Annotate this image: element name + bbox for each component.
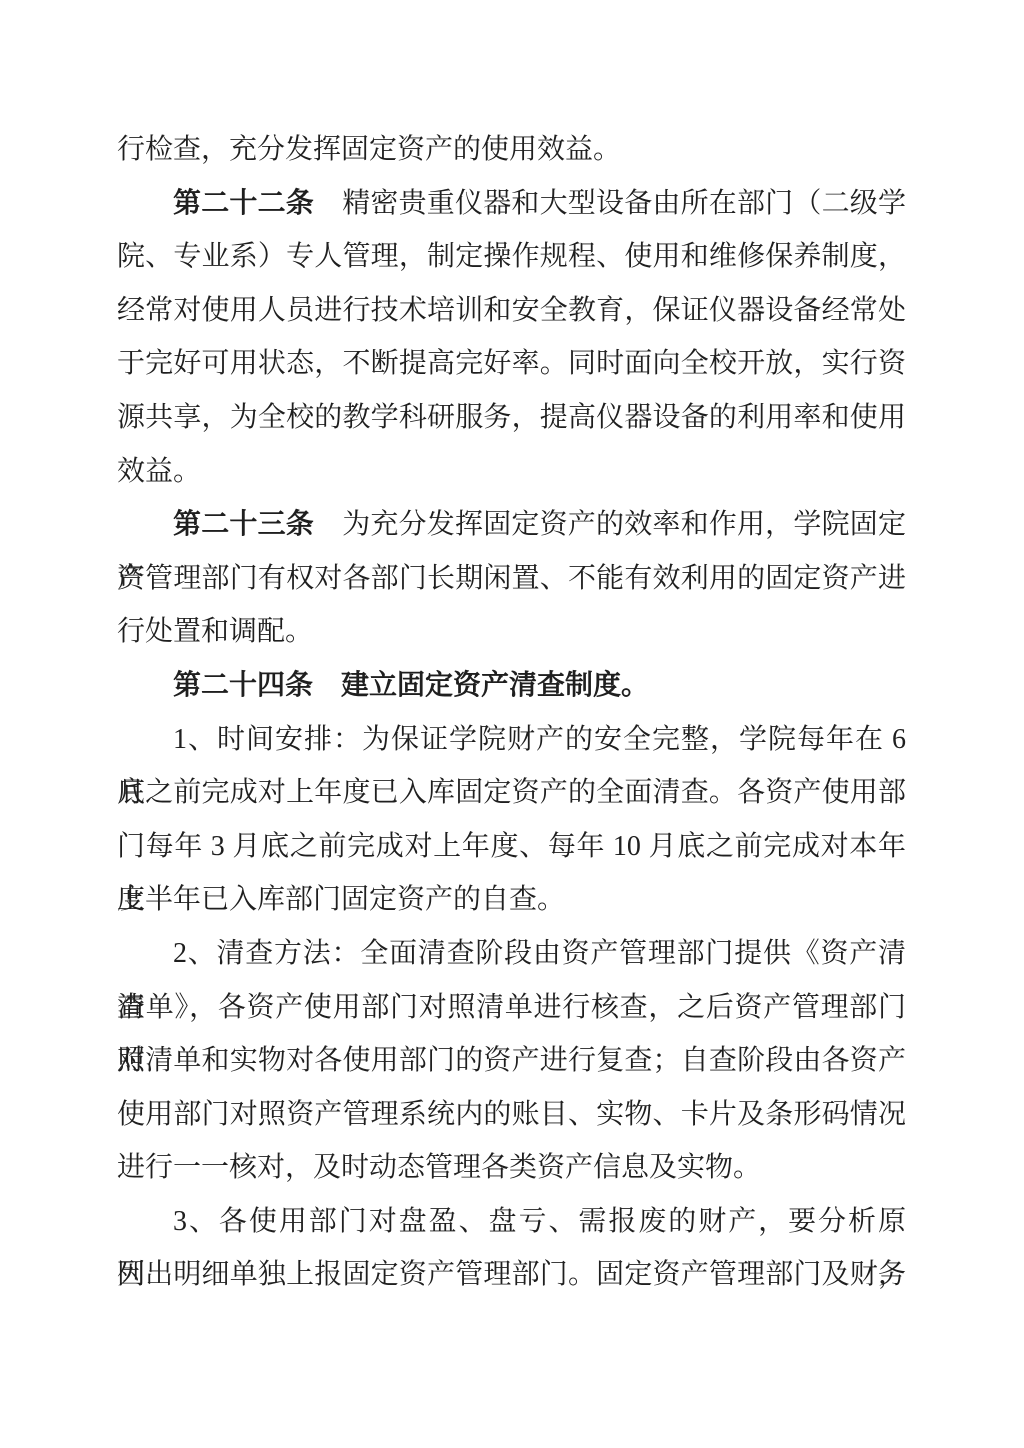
text-line: 产管理部门有权对各部门长期闲置、不能有效利用的固定资产进 xyxy=(117,552,906,606)
text-line: 院、专业系）专人管理，制定操作规程、使用和维修保养制度， xyxy=(117,230,906,284)
text-line: 3、各使用部门对盘盈、盘亏、需报废的财产，要分析原因， xyxy=(117,1195,906,1249)
line-text: 源共享，为全校的教学科研服务，提高仪器设备的利用率和使用 xyxy=(117,402,906,433)
text-line: 使用部门对照资产管理系统内的账目、实物、卡片及条形码情况 xyxy=(117,1088,906,1142)
text-line: 第二十二条 精密贵重仪器和大型设备由所在部门（二级学 xyxy=(117,177,906,231)
text-line: 照清单和实物对各使用部门的资产进行复查；自查阶段由各资产 xyxy=(117,1034,906,1088)
text-line: 第二十三条 为充分发挥固定资产的效率和作用，学院固定资 xyxy=(117,498,906,552)
line-text: 照清单和实物对各使用部门的资产进行复查；自查阶段由各资产 xyxy=(117,1045,906,1076)
text-line: 2、清查方法：全面清查阶段由资产管理部门提供《资产清查 xyxy=(117,927,906,981)
line-text: 于完好可用状态，不断提高完好率。同时面向全校开放，实行资 xyxy=(117,348,906,379)
line-text: 院、专业系）专人管理，制定操作规程、使用和维修保养制度， xyxy=(117,241,906,272)
line-text: 效益。 xyxy=(117,456,201,487)
line-text: 建立固定资产清查制度。 xyxy=(313,670,649,701)
text-line: 于完好可用状态，不断提高完好率。同时面向全校开放，实行资 xyxy=(117,337,906,391)
line-text: 经常对使用人员进行技术培训和安全教育，保证仪器设备经常处 xyxy=(117,295,906,326)
text-line: 行检查，充分发挥固定资产的使用效益。 xyxy=(117,123,906,177)
text-line: 清单》，各资产使用部门对照清单进行核查，之后资产管理部门对 xyxy=(117,981,906,1035)
text-line: 列出明细单独上报固定资产管理部门。固定资产管理部门及财务 xyxy=(117,1248,906,1302)
article-number-23: 第二十三条 xyxy=(173,509,314,540)
text-line: 经常对使用人员进行技术培训和安全教育，保证仪器设备经常处 xyxy=(117,284,906,338)
document-page: 行检查，充分发挥固定资产的使用效益。 第二十二条 精密贵重仪器和大型设备由所在部… xyxy=(0,0,1024,1448)
line-text: 精密贵重仪器和大型设备由所在部门（二级学 xyxy=(314,188,906,219)
text-line: 底之前完成对上年度已入库固定资产的全面清查。各资产使用部 xyxy=(117,766,906,820)
line-text: 底之前完成对上年度已入库固定资产的全面清查。各资产使用部 xyxy=(117,777,906,808)
text-line: 进行一一核对，及时动态管理各类资产信息及实物。 xyxy=(117,1141,906,1195)
line-text: 产管理部门有权对各部门长期闲置、不能有效利用的固定资产进 xyxy=(117,563,906,594)
text-line: 源共享，为全校的教学科研服务，提高仪器设备的利用率和使用 xyxy=(117,391,906,445)
text-line: 行处置和调配。 xyxy=(117,605,906,659)
article-number-22: 第二十二条 xyxy=(173,188,314,219)
line-text: 进行一一核对，及时动态管理各类资产信息及实物。 xyxy=(117,1152,761,1183)
line-text: 上半年已入库部门固定资产的自查。 xyxy=(117,884,565,915)
text-line: 第二十四条 建立固定资产清查制度。 xyxy=(117,659,906,713)
line-text: 行处置和调配。 xyxy=(117,616,313,647)
text-line: 上半年已入库部门固定资产的自查。 xyxy=(117,873,906,927)
text-line: 门每年 3 月底之前完成对上年度、每年 10 月底之前完成对本年度 xyxy=(117,820,906,874)
line-text: 行检查，充分发挥固定资产的使用效益。 xyxy=(117,134,621,165)
article-number-24: 第二十四条 xyxy=(173,670,313,701)
line-text: 列出明细单独上报固定资产管理部门。固定资产管理部门及财务 xyxy=(117,1259,906,1290)
line-text: 使用部门对照资产管理系统内的账目、实物、卡片及条形码情况 xyxy=(117,1099,906,1130)
text-line: 效益。 xyxy=(117,445,906,499)
text-line: 1、时间安排：为保证学院财产的安全完整，学院每年在 6 月 xyxy=(117,713,906,767)
